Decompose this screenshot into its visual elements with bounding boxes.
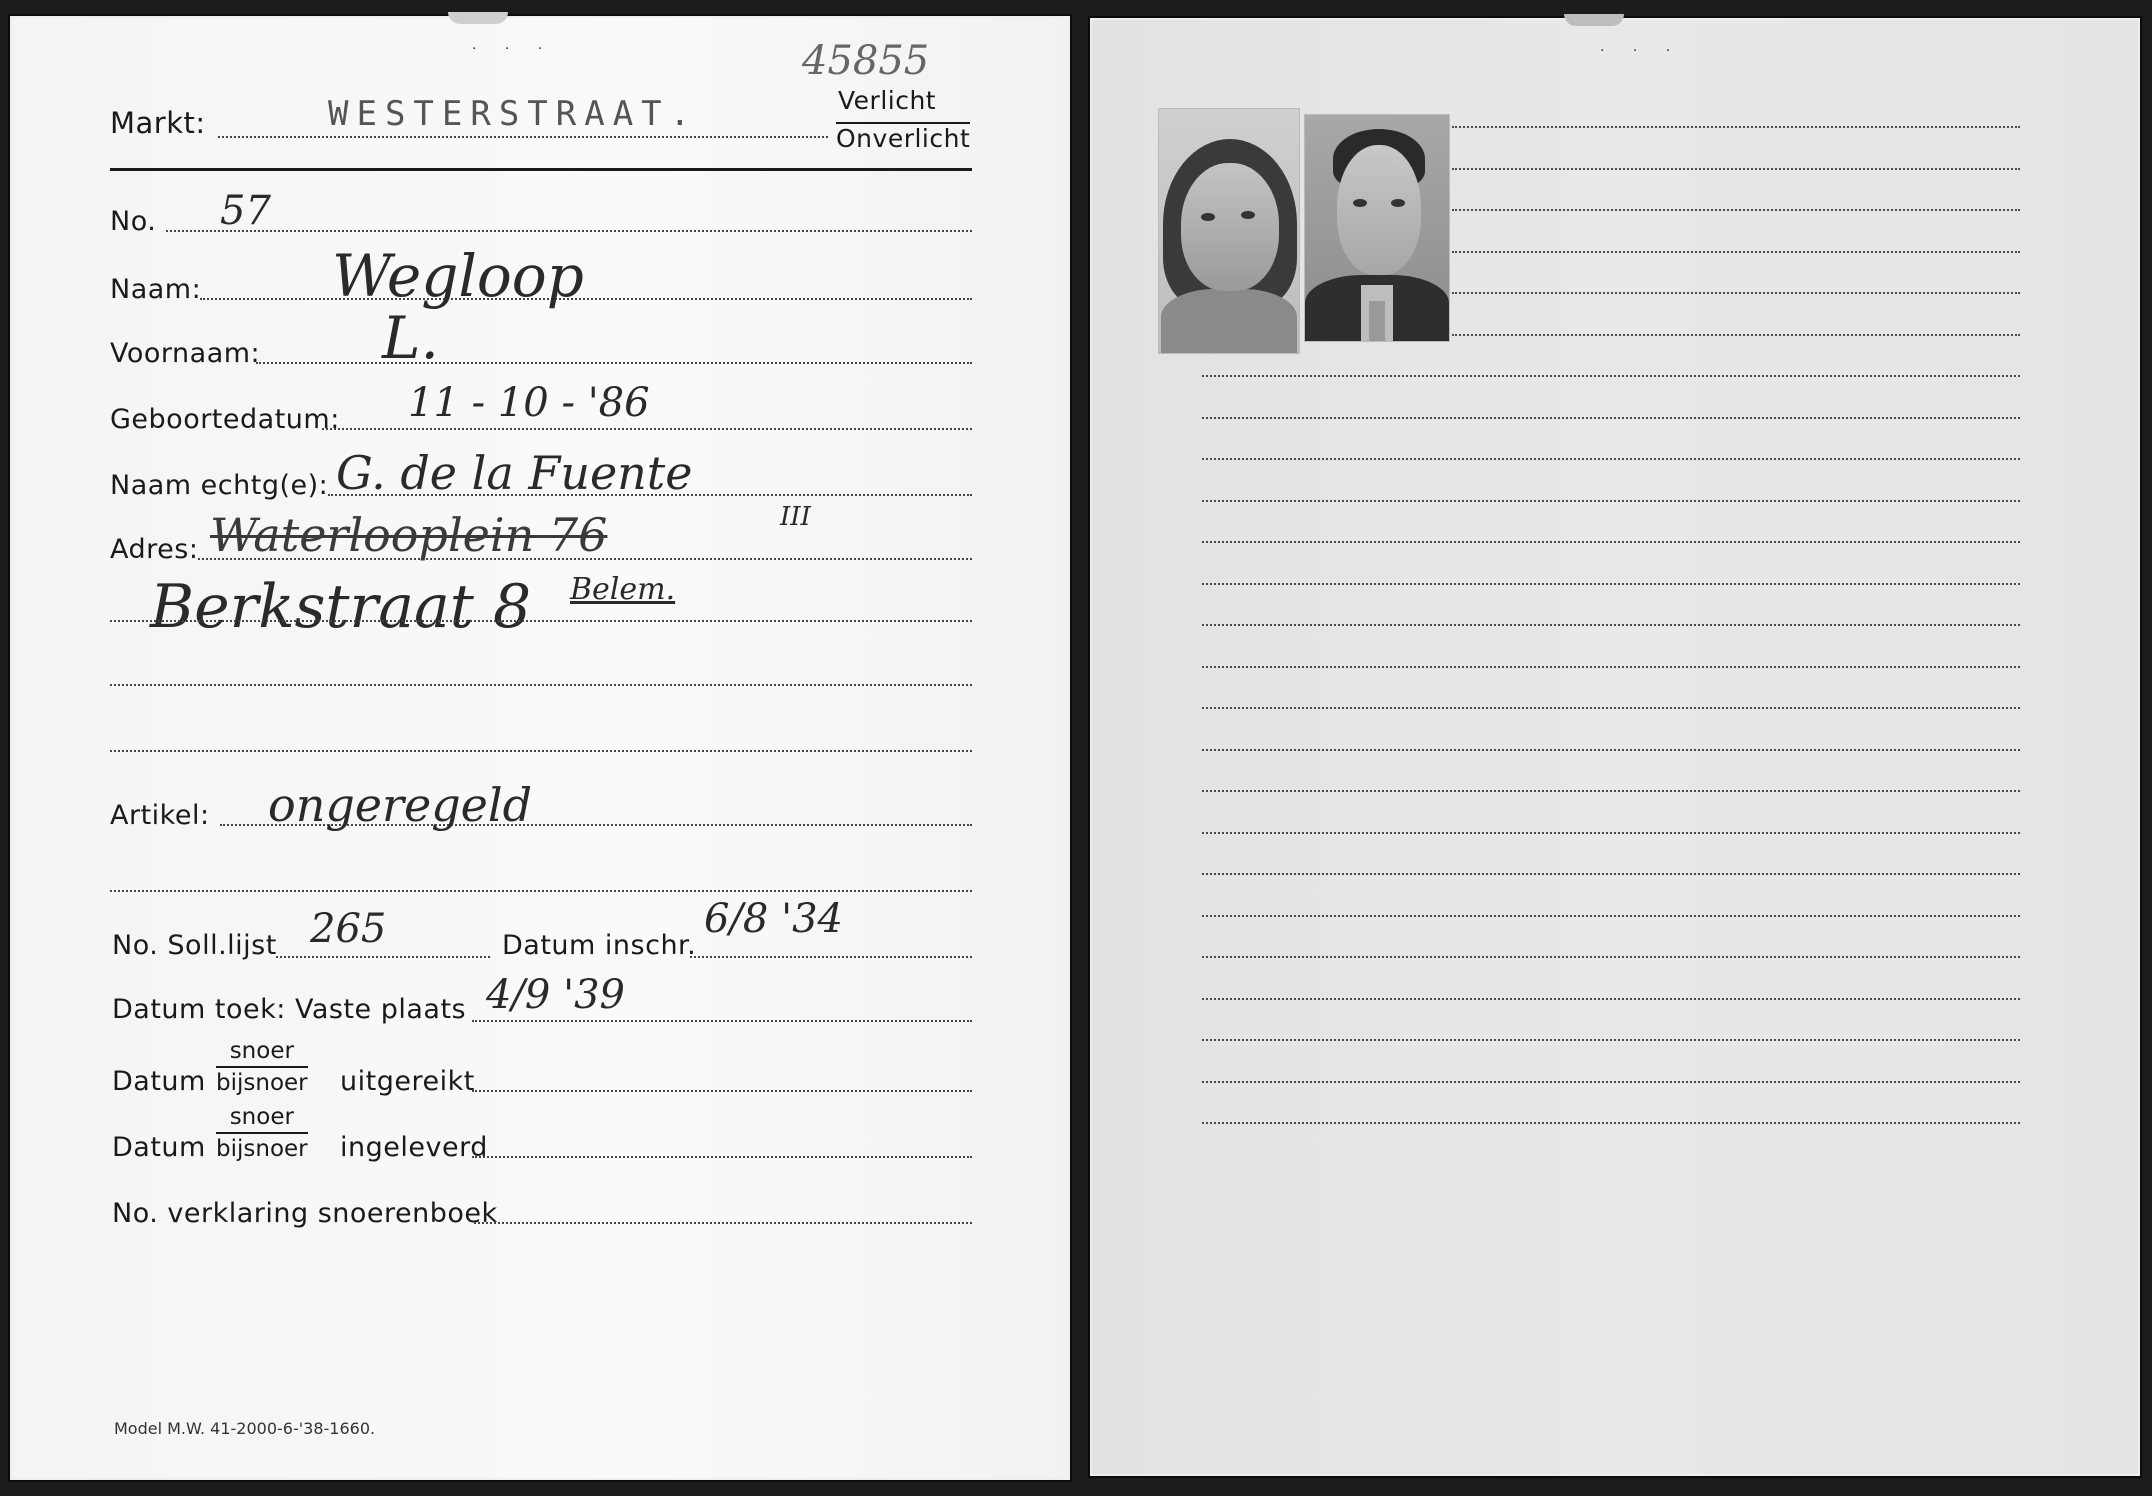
ruled-line	[1452, 126, 2020, 128]
datum-toek-line	[472, 1020, 972, 1022]
artikel-value[interactable]: ongeregeld	[268, 778, 532, 832]
onverlicht-option[interactable]: Onverlicht	[836, 124, 970, 153]
naam-echtgenote-label: Naam echtg(e):	[110, 470, 328, 501]
ruled-line	[1202, 1081, 2020, 1083]
markt-value[interactable]: WESTERSTRAAT.	[328, 94, 698, 134]
ruled-line	[1452, 168, 2020, 170]
ruled-line	[1202, 666, 2020, 668]
adres-value-suffix: Beleт.	[570, 572, 675, 607]
form-model-number: Model M.W. 41-2000-6-'38-1660.	[114, 1419, 375, 1438]
ruled-line	[1202, 500, 2020, 502]
ruled-line	[1202, 1039, 2020, 1041]
datum-toek-label: Datum toek: Vaste plaats	[112, 994, 466, 1025]
geboortedatum-label: Geboortedatum:	[110, 404, 340, 435]
fraction-top: snoer	[216, 1104, 308, 1134]
ruled-line	[1202, 915, 2020, 917]
naam-line	[200, 298, 972, 300]
ingeleverd-fraction: snoer bijsnoer	[216, 1104, 308, 1162]
adres-struck-suffix: III	[780, 502, 811, 532]
ruled-line	[1202, 624, 2020, 626]
adres-line-4	[110, 750, 972, 752]
ruled-line	[1202, 707, 2020, 709]
uitgereikt-prefix: Datum	[112, 1066, 206, 1097]
ruled-line	[1202, 749, 2020, 751]
datum-inschr-label: Datum inschr.	[502, 930, 696, 961]
voornaam-line	[256, 362, 972, 364]
artikel-label: Artikel:	[110, 800, 210, 831]
soll-lijst-line	[276, 956, 490, 958]
ruled-line	[1202, 790, 2020, 792]
uitgereikt-fraction: snoer bijsnoer	[216, 1038, 308, 1096]
ruled-line	[1202, 832, 2020, 834]
adres-label: Adres:	[110, 534, 198, 565]
ruled-line	[1202, 956, 2020, 958]
markt-label: Markt:	[110, 106, 206, 140]
datum-toek-value[interactable]: 4/9 '39	[486, 972, 625, 1018]
ingeleverd-prefix: Datum	[112, 1132, 206, 1163]
voornaam-label: Voornaam:	[110, 338, 260, 369]
ruled-line	[1202, 458, 2020, 460]
uitgereikt-suffix: uitgereikt	[340, 1066, 475, 1097]
ruled-line	[1202, 998, 2020, 1000]
datum-inschr-line	[690, 956, 972, 958]
adres-line-2	[110, 620, 972, 622]
fraction-bottom: bijsnoer	[216, 1134, 308, 1162]
adres-value[interactable]: Berkstraat 8	[150, 572, 531, 642]
ruled-line	[1202, 417, 2020, 419]
ruled-line	[1202, 541, 2020, 543]
ruled-line	[1202, 1122, 2020, 1124]
header-divider	[110, 168, 972, 171]
punch-marks: . . .	[1600, 38, 1682, 56]
fraction-top: snoer	[216, 1038, 308, 1068]
woman-portrait-photo	[1158, 108, 1300, 354]
no-label: No.	[110, 206, 156, 237]
geboortedatum-value[interactable]: 11 - 10 - '86	[408, 380, 650, 426]
fraction-bottom: bijsnoer	[216, 1068, 308, 1096]
artikel-line-2	[110, 890, 972, 892]
adres-line-3	[110, 684, 972, 686]
ruled-line	[1452, 334, 2020, 336]
soll-lijst-label: No. Soll.lijst	[112, 930, 277, 961]
registration-card-front: . . . 45855 Markt: WESTERSTRAAT. Verlich…	[8, 14, 1072, 1482]
verklaring-line[interactable]	[474, 1222, 972, 1224]
archive-number: 45855	[802, 38, 929, 84]
punch-hole	[448, 12, 508, 24]
ingeleverd-line[interactable]	[472, 1156, 972, 1158]
ruled-line	[1452, 251, 2020, 253]
ruled-line	[1202, 873, 2020, 875]
soll-lijst-value[interactable]: 265	[310, 906, 386, 952]
naam-echtgenote-value[interactable]: G. de la Fuente	[336, 446, 693, 500]
ruled-line	[1452, 209, 2020, 211]
punch-hole	[1564, 14, 1624, 26]
datum-inschr-value[interactable]: 6/8 '34	[704, 896, 843, 942]
no-line	[166, 230, 972, 232]
verklaring-label: No. verklaring snoerenboek	[112, 1198, 498, 1229]
naam-value[interactable]: Wegloop	[332, 242, 584, 310]
ruled-line	[1202, 375, 2020, 377]
verlicht-option[interactable]: Verlicht	[838, 86, 936, 115]
geboortedatum-line	[322, 428, 972, 430]
voornaam-value[interactable]: L.	[382, 304, 439, 372]
ruled-line	[1452, 292, 2020, 294]
man-portrait-photo	[1304, 114, 1450, 342]
punch-marks: . . .	[472, 36, 554, 54]
ruled-line	[1202, 583, 2020, 585]
no-value[interactable]: 57	[220, 188, 271, 234]
naam-label: Naam:	[110, 274, 201, 305]
registration-card-back: . . .	[1088, 16, 2142, 1478]
uitgereikt-line[interactable]	[472, 1090, 972, 1092]
adres-struck-value: Waterlooplein 76	[210, 508, 607, 562]
ingeleverd-suffix: ingeleverd	[340, 1132, 488, 1163]
markt-line	[218, 136, 828, 138]
